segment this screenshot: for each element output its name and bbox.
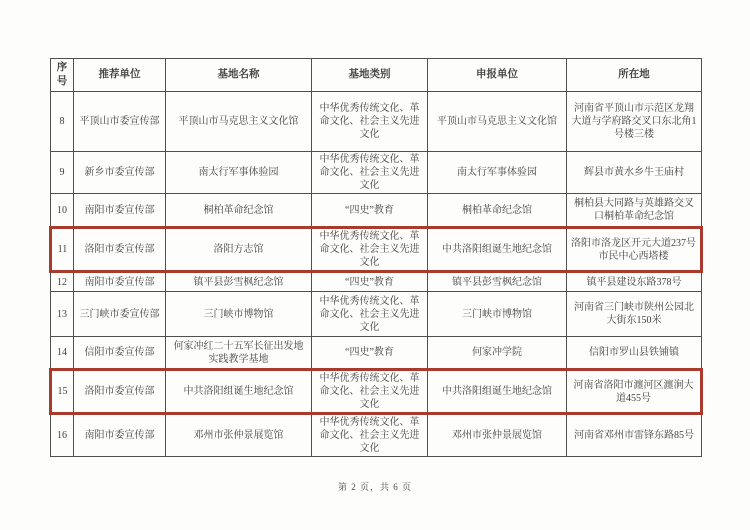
cell-applicant: 三门峡市博物馆 (428, 292, 567, 337)
table-header-row: 序号推荐单位基地名称基地类别申报单位所在地 (51, 59, 702, 92)
cell-applicant: 南太行军事体验园 (428, 152, 567, 194)
table-row: 10南阳市委宣传部桐柏革命纪念馆“四史”教育桐柏革命纪念馆桐柏县大同路与英雄路交… (51, 194, 702, 228)
cell-category: 中华优秀传统文化、革命文化、社会主义先进文化 (312, 370, 428, 414)
cell-base_name: 三门峡市博物馆 (166, 292, 312, 337)
table-row: 8平顶山市委宣传部平顶山市马克思主义文化馆中华优秀传统文化、革命文化、社会主义先… (51, 92, 702, 152)
cell-category: “四史”教育 (312, 337, 428, 370)
cell-recommender: 平顶山市委宣传部 (74, 92, 166, 152)
cell-base_name: 桐柏革命纪念馆 (166, 194, 312, 228)
cell-location: 桐柏县大同路与英雄路交叉口桐柏革命纪念馆 (567, 194, 702, 228)
cell-base_name: 平顶山市马克思主义文化馆 (166, 92, 312, 152)
cell-seq: 8 (51, 92, 74, 152)
cell-category: 中华优秀传统文化、革命文化、社会主义先进文化 (312, 92, 428, 152)
column-header-category: 基地类别 (312, 59, 428, 92)
cell-location: 河南省洛阳市瀍河区瀍涧大道455号 (567, 370, 702, 414)
cell-base_name: 邓州市张仲景展览馆 (166, 414, 312, 457)
cell-seq: 11 (51, 228, 74, 272)
cell-recommender: 新乡市委宣传部 (74, 152, 166, 194)
cell-location: 洛阳市洛龙区开元大道237号市民中心西塔楼 (567, 228, 702, 272)
column-header-location: 所在地 (567, 59, 702, 92)
cell-location: 河南省邓州市雷锋东路85号 (567, 414, 702, 457)
cell-location: 辉县市黄水乡牛王庙村 (567, 152, 702, 194)
cell-recommender: 南阳市委宣传部 (74, 194, 166, 228)
cell-location: 河南省三门峡市陕州公园北大街东150米 (567, 292, 702, 337)
cell-seq: 9 (51, 152, 74, 194)
cell-category: 中华优秀传统文化、革命文化、社会主义先进文化 (312, 228, 428, 272)
cell-base_name: 洛阳方志馆 (166, 228, 312, 272)
table-row: 15洛阳市委宣传部中共洛阳组诞生地纪念馆中华优秀传统文化、革命文化、社会主义先进… (51, 370, 702, 414)
table-row: 14信阳市委宣传部何家冲红二十五军长征出发地实践教学基地“四史”教育何家冲学院信… (51, 337, 702, 370)
cell-category: “四史”教育 (312, 194, 428, 228)
cell-applicant: 平顶山市马克思主义文化馆 (428, 92, 567, 152)
cell-applicant: 镇平县彭雪枫纪念馆 (428, 272, 567, 292)
cell-seq: 13 (51, 292, 74, 337)
cell-seq: 10 (51, 194, 74, 228)
cell-recommender: 洛阳市委宣传部 (74, 228, 166, 272)
cell-category: 中华优秀传统文化、革命文化、社会主义先进文化 (312, 292, 428, 337)
cell-recommender: 南阳市委宣传部 (74, 414, 166, 457)
cell-seq: 15 (51, 370, 74, 414)
cell-base_name: 中共洛阳组诞生地纪念馆 (166, 370, 312, 414)
column-header-base_name: 基地名称 (166, 59, 312, 92)
cell-seq: 14 (51, 337, 74, 370)
cell-category: “四史”教育 (312, 272, 428, 292)
cell-category: 中华优秀传统文化、革命文化、社会主义先进文化 (312, 152, 428, 194)
table-row: 9新乡市委宣传部南太行军事体验园中华优秀传统文化、革命文化、社会主义先进文化南太… (51, 152, 702, 194)
cell-seq: 12 (51, 272, 74, 292)
cell-location: 河南省平顶山市示范区龙翔大道与学府路交叉口东北角1号楼三楼 (567, 92, 702, 152)
table-row: 11洛阳市委宣传部洛阳方志馆中华优秀传统文化、革命文化、社会主义先进文化中共洛阳… (51, 228, 702, 272)
column-header-applicant: 申报单位 (428, 59, 567, 92)
cell-applicant: 桐柏革命纪念馆 (428, 194, 567, 228)
table-row: 12南阳市委宣传部镇平县彭雪枫纪念馆“四史”教育镇平县彭雪枫纪念馆镇平县建设东路… (51, 272, 702, 292)
cell-recommender: 洛阳市委宣传部 (74, 370, 166, 414)
cell-recommender: 南阳市委宣传部 (74, 272, 166, 292)
column-header-seq: 序号 (51, 59, 74, 92)
column-header-recommender: 推荐单位 (74, 59, 166, 92)
cell-seq: 16 (51, 414, 74, 457)
cell-base_name: 何家冲红二十五军长征出发地实践教学基地 (166, 337, 312, 370)
table-row: 13三门峡市委宣传部三门峡市博物馆中华优秀传统文化、革命文化、社会主义先进文化三… (51, 292, 702, 337)
table-row: 16南阳市委宣传部邓州市张仲景展览馆中华优秀传统文化、革命文化、社会主义先进文化… (51, 414, 702, 457)
cell-category: 中华优秀传统文化、革命文化、社会主义先进文化 (312, 414, 428, 457)
cell-base_name: 南太行军事体验园 (166, 152, 312, 194)
cell-recommender: 信阳市委宣传部 (74, 337, 166, 370)
cell-applicant: 何家冲学院 (428, 337, 567, 370)
cell-location: 镇平县建设东路378号 (567, 272, 702, 292)
cell-base_name: 镇平县彭雪枫纪念馆 (166, 272, 312, 292)
page-number: 第 2 页，共 6 页 (0, 480, 750, 493)
base-list-table: 序号推荐单位基地名称基地类别申报单位所在地 8平顶山市委宣传部平顶山市马克思主义… (49, 58, 703, 457)
table-header: 序号推荐单位基地名称基地类别申报单位所在地 (51, 59, 702, 92)
cell-location: 信阳市罗山县铁铺镇 (567, 337, 702, 370)
cell-applicant: 邓州市张仲景展览馆 (428, 414, 567, 457)
table-body: 8平顶山市委宣传部平顶山市马克思主义文化馆中华优秀传统文化、革命文化、社会主义先… (51, 92, 702, 457)
document-page: 序号推荐单位基地名称基地类别申报单位所在地 8平顶山市委宣传部平顶山市马克思主义… (0, 0, 750, 530)
cell-applicant: 中共洛阳组诞生地纪念馆 (428, 370, 567, 414)
cell-applicant: 中共洛阳组诞生地纪念馆 (428, 228, 567, 272)
cell-recommender: 三门峡市委宣传部 (74, 292, 166, 337)
